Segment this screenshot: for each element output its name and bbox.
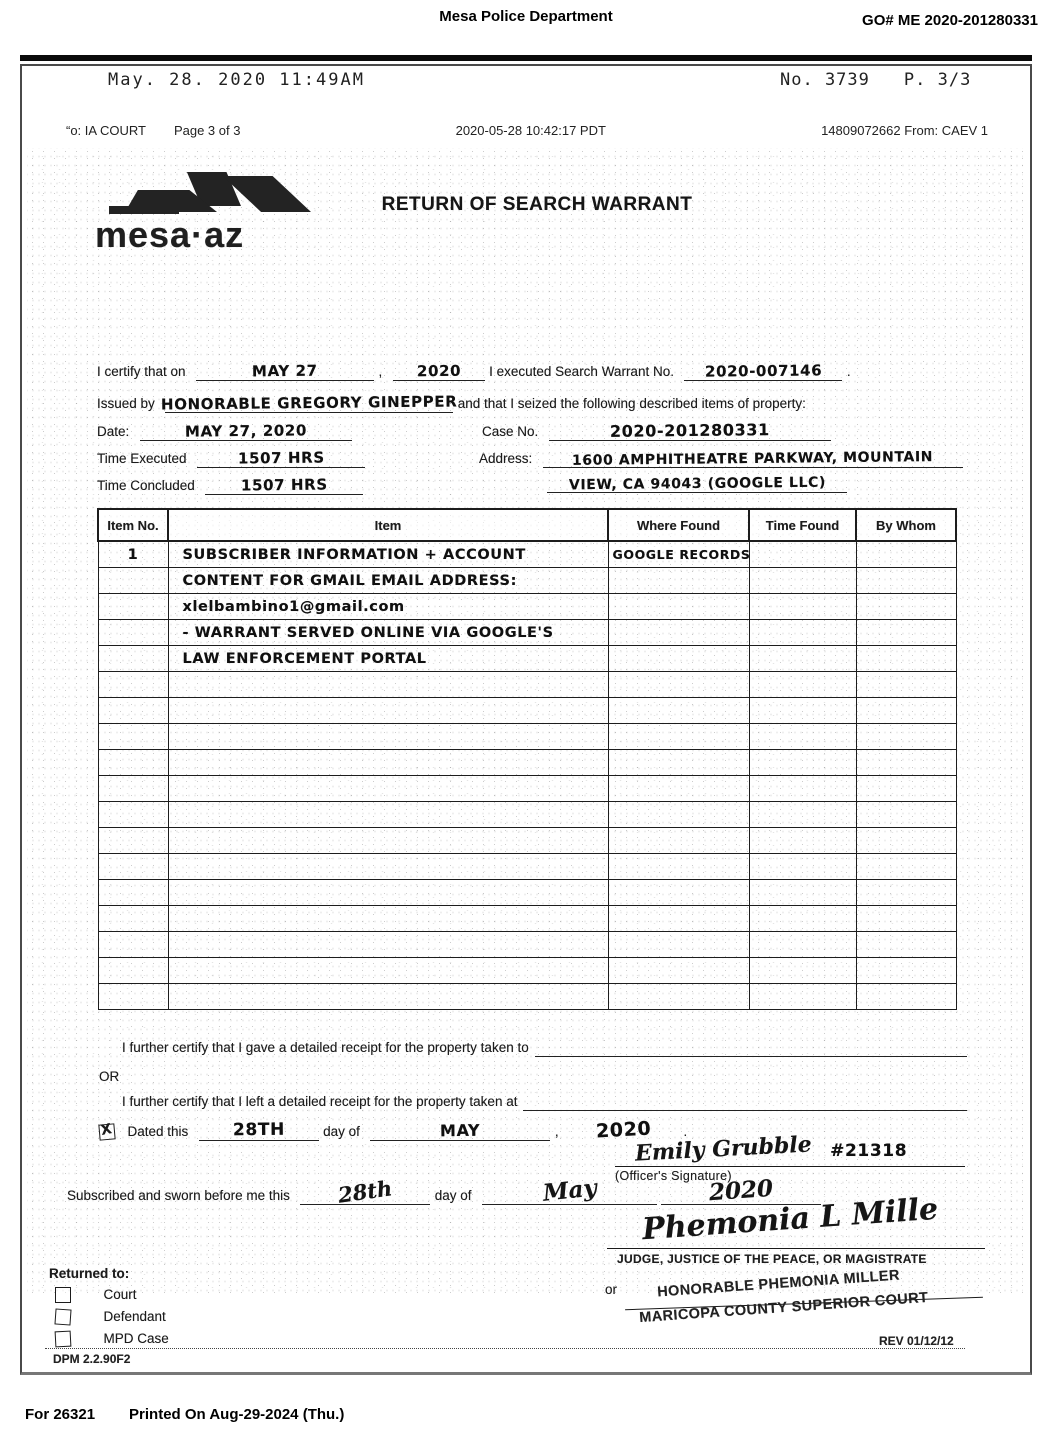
fax-number: No. 3739: [780, 70, 870, 90]
cell-item: [168, 802, 608, 828]
issued-by-post: and that I seized the following describe…: [458, 396, 806, 411]
gave-receipt-text: I further certify that I gave a detailed…: [122, 1040, 529, 1057]
issued-by-label: Issued by: [97, 396, 155, 411]
sworn-line: Subscribed and sworn before me this 28th…: [67, 1184, 821, 1205]
cell-by-whom: [856, 958, 956, 984]
cell-item-no: [98, 932, 168, 958]
cell-value: GOOGLE RECORDS: [613, 547, 750, 562]
dated-month-value: MAY: [440, 1121, 480, 1140]
bottom-divider-bar: [0, 1395, 1052, 1400]
period: .: [847, 364, 851, 379]
cell-by-whom: [856, 828, 956, 854]
scanned-page: May. 28. 2020 11:49AM No. 3739P. 3/3 “o:…: [20, 64, 1032, 1375]
document-title: RETURN OF SEARCH WARRANT: [327, 194, 747, 216]
cell-item: SUBSCRIBER INFORMATION + ACCOUNT: [168, 541, 608, 568]
fax-datetime: May. 28. 2020 11:49AM: [108, 70, 365, 90]
cell-by-whom: [856, 906, 956, 932]
cell-by-whom: [856, 646, 956, 672]
dated-pre: Dated this: [127, 1124, 188, 1139]
cell-time-found: [749, 594, 856, 620]
dated-day-value: 28TH: [233, 1120, 285, 1141]
sworn-month-value: May: [541, 1174, 597, 1206]
issued-by-blank: HONORABLE GREGORY GINEPPER: [165, 392, 453, 413]
cell-time-found: [749, 724, 856, 750]
judge-signature-label: JUDGE, JUSTICE OF THE PEACE, OR MAGISTRA…: [617, 1252, 927, 1266]
address-line: Address: 1600 AMPHITHEATRE PARKWAY, MOUN…: [479, 447, 963, 468]
cell-by-whom: [856, 594, 956, 620]
cell-item: [168, 958, 608, 984]
cell-time-found: [749, 802, 856, 828]
cell-where-found: [608, 880, 749, 906]
table-row: [98, 776, 956, 802]
time-executed-blank: 1507 HRS: [197, 447, 365, 468]
certify-line-1: I certify that on MAY 27 , 2020 I execut…: [97, 360, 857, 381]
cell-item-no: [98, 984, 168, 1010]
cell-item-no: [98, 906, 168, 932]
warrant-no-value: 2020-007146: [705, 361, 822, 380]
cell-where-found: [608, 620, 749, 646]
mesa-az-wordmark: mesa·az: [95, 214, 244, 256]
case-line: Case No. 2020-201280331: [482, 420, 831, 441]
address-blank-1: 1600 AMPHITHEATRE PARKWAY, MOUNTAIN: [543, 447, 963, 468]
cell-time-found: [749, 541, 856, 568]
comma: ,: [378, 364, 382, 379]
date-blank: MAY 27, 2020: [140, 420, 352, 441]
cell-value: CONTENT FOR GMAIL EMAIL ADDRESS:: [183, 573, 518, 589]
table-row: - WARRANT SERVED ONLINE VIA GOOGLE'S: [98, 620, 956, 646]
cell-item-no: [98, 880, 168, 906]
logo-shape: [109, 206, 179, 214]
cell-item-no: [98, 646, 168, 672]
table-row: LAW ENFORCEMENT PORTAL: [98, 646, 956, 672]
case-value: 2020-201280331: [610, 420, 770, 441]
exec-year-blank: 2020: [393, 360, 485, 381]
cell-item: xlelbambino1@gmail.com: [168, 594, 608, 620]
col-header-item-no: Item No.: [98, 509, 168, 541]
address-blank-2: VIEW, CA 94043 (GOOGLE LLC): [547, 472, 847, 493]
time-executed-line: Time Executed 1507 HRS: [97, 447, 365, 468]
officer-signature-line: [615, 1166, 965, 1167]
or-line: OR: [99, 1068, 119, 1086]
cell-where-found: [608, 698, 749, 724]
cell-time-found: [749, 646, 856, 672]
sworn-year-value: 2020: [709, 1175, 775, 1206]
fax-page: P. 3/3: [904, 70, 971, 90]
table-row: [98, 750, 956, 776]
cell-time-found: [749, 620, 856, 646]
cell-time-found: [749, 906, 856, 932]
cell-item: [168, 828, 608, 854]
cell-item-no: 1: [98, 541, 168, 568]
officer-signature-name: Emily Grubble: [634, 1131, 812, 1166]
or-label: OR: [99, 1069, 119, 1084]
fax-number-page: No. 3739P. 3/3: [780, 70, 971, 90]
bottom-dotted-line: [45, 1348, 965, 1349]
cell-item-no: [98, 594, 168, 620]
cell-time-found: [749, 880, 856, 906]
table-row: [98, 672, 956, 698]
left-receipt-line: I further certify that I left a detailed…: [122, 1094, 967, 1111]
cell-time-found: [749, 984, 856, 1010]
report-footer-right: Printed On Aug-29-2024 (Thu.): [129, 1406, 344, 1423]
dated-checkbox-checked: X: [98, 1123, 115, 1140]
cell-time-found: [749, 750, 856, 776]
table-row: xlelbambino1@gmail.com: [98, 594, 956, 620]
revision-code: REV 01/12/12: [879, 1334, 954, 1348]
cell-by-whom: [856, 698, 956, 724]
table-row: [98, 802, 956, 828]
cell-where-found: [608, 724, 749, 750]
returned-option-defendant: Defendant: [55, 1308, 166, 1326]
cell-item-no: [98, 802, 168, 828]
table-row: [98, 724, 956, 750]
cell-item-no: [98, 620, 168, 646]
table-row: 1SUBSCRIBER INFORMATION + ACCOUNTGOOGLE …: [98, 541, 956, 568]
mpd-case-label: MPD Case: [103, 1331, 168, 1346]
cell-item: [168, 776, 608, 802]
cell-time-found: [749, 568, 856, 594]
cell-by-whom: [856, 802, 956, 828]
dated-mid: day of: [323, 1124, 360, 1139]
cell-time-found: [749, 698, 856, 724]
cell-value: SUBSCRIBER INFORMATION + ACCOUNT: [183, 547, 526, 563]
certify-line-2: Issued by HONORABLE GREGORY GINEPPER and…: [97, 392, 812, 413]
report-footer: For 26321Printed On Aug-29-2024 (Thu.): [25, 1406, 344, 1423]
cell-by-whom: [856, 568, 956, 594]
cell-item: [168, 984, 608, 1010]
table-row: [98, 880, 956, 906]
table-row: [98, 828, 956, 854]
judge-signature-line: [607, 1248, 985, 1249]
cell-by-whom: [856, 776, 956, 802]
certify-line1-mid: I executed Search Warrant No.: [489, 364, 674, 379]
scanned-document-body: mesa·az RETURN OF SEARCH WARRANT I certi…: [27, 148, 1023, 1298]
date-label: Date:: [97, 424, 129, 439]
cell-where-found: [608, 958, 749, 984]
col-header-where-found: Where Found: [608, 509, 749, 541]
issued-by-value: HONORABLE GREGORY GINEPPER: [161, 392, 457, 413]
cell-where-found: [608, 906, 749, 932]
cell-item: [168, 854, 608, 880]
time-concluded-line: Time Concluded 1507 HRS: [97, 474, 363, 495]
officer-badge-number: #21318: [830, 1141, 907, 1161]
col-header-time-found: Time Found: [749, 509, 856, 541]
cell-item-no: [98, 672, 168, 698]
dated-line: X Dated this 28TH day of MAY , 2020 .: [99, 1120, 693, 1141]
cell-where-found: [608, 776, 749, 802]
date-line: Date: MAY 27, 2020: [97, 420, 352, 441]
cell-where-found: [608, 932, 749, 958]
returned-option-court: Court: [55, 1286, 136, 1304]
report-go-number: GO# ME 2020-201280331: [862, 12, 1038, 29]
dated-day-blank: 28TH: [199, 1120, 319, 1141]
form-code: DPM 2.2.90F2: [53, 1352, 130, 1366]
cell-by-whom: [856, 541, 956, 568]
cell-where-found: [608, 750, 749, 776]
col-header-by-whom: By Whom: [856, 509, 956, 541]
time-concluded-label: Time Concluded: [97, 478, 195, 493]
mpd-case-checkbox: [55, 1330, 72, 1347]
sworn-month-blank: May: [482, 1184, 657, 1205]
address-value-2: VIEW, CA 94043 (GOOGLE LLC): [568, 475, 825, 494]
cell-by-whom: [856, 984, 956, 1010]
cell-item-no: [98, 828, 168, 854]
cell-where-found: [608, 984, 749, 1010]
cell-item: LAW ENFORCEMENT PORTAL: [168, 646, 608, 672]
cell-by-whom: [856, 932, 956, 958]
cell-time-found: [749, 828, 856, 854]
dated-month-blank: MAY: [370, 1120, 550, 1141]
cell-where-found: [608, 828, 749, 854]
address-value-1: 1600 AMPHITHEATRE PARKWAY, MOUNTAIN: [572, 449, 933, 469]
comma-2: ,: [555, 1124, 559, 1139]
cell-item-no: [98, 750, 168, 776]
col-header-item: Item: [168, 509, 608, 541]
table-header-row: Item No. Item Where Found Time Found By …: [98, 509, 956, 541]
cell-item: [168, 750, 608, 776]
cell-where-found: [608, 672, 749, 698]
cell-item-no: [98, 724, 168, 750]
sworn-day-blank: 28th: [300, 1184, 430, 1205]
cell-item-no: [98, 776, 168, 802]
table-row: [98, 984, 956, 1010]
cell-item: [168, 698, 608, 724]
exec-date-blank: MAY 27: [196, 360, 374, 381]
time-executed-value: 1507 HRS: [238, 449, 325, 468]
scan-meta-row: “o: IA COURTPage 3 of 3 2020-05-28 10:42…: [66, 123, 988, 138]
defendant-label: Defendant: [103, 1309, 165, 1324]
cell-item: - WARRANT SERVED ONLINE VIA GOOGLE'S: [168, 620, 608, 646]
sworn-mid: day of: [435, 1188, 472, 1203]
returned-option-mpd-case: MPD Case: [55, 1330, 169, 1348]
case-label: Case No.: [482, 424, 538, 439]
cell-item-no: [98, 854, 168, 880]
cell-item: [168, 724, 608, 750]
left-receipt-blank: [523, 1094, 967, 1111]
cell-by-whom: [856, 724, 956, 750]
exec-year-value: 2020: [417, 362, 461, 380]
gave-receipt-line: I further certify that I gave a detailed…: [122, 1040, 967, 1057]
cell-time-found: [749, 672, 856, 698]
report-footer-left: For 26321: [25, 1406, 95, 1423]
cell-where-found: [608, 646, 749, 672]
table-row: [98, 698, 956, 724]
cell-by-whom: [856, 880, 956, 906]
scan-timestamp: 2020-05-28 10:42:17 PDT: [456, 123, 606, 138]
cell-where-found: GOOGLE RECORDS: [608, 541, 749, 568]
scan-page-count: Page 3 of 3: [174, 123, 241, 138]
scan-from: 14809072662 From: CAEV 1: [821, 123, 988, 138]
checkbox-x-mark: X: [99, 1121, 113, 1139]
cell-item-no: [98, 958, 168, 984]
warrant-no-blank: 2020-007146: [684, 360, 842, 381]
cell-value: - WARRANT SERVED ONLINE VIA GOOGLE'S: [183, 625, 554, 641]
cell-time-found: [749, 958, 856, 984]
gave-receipt-blank: [535, 1040, 967, 1057]
cell-where-found: [608, 802, 749, 828]
address-line-2: VIEW, CA 94043 (GOOGLE LLC): [547, 472, 847, 493]
table-row: [98, 906, 956, 932]
cell-by-whom: [856, 854, 956, 880]
cell-value: 1: [128, 547, 139, 563]
cell-where-found: [608, 854, 749, 880]
cell-by-whom: [856, 750, 956, 776]
address-label: Address:: [479, 451, 532, 466]
cell-value: LAW ENFORCEMENT PORTAL: [183, 651, 427, 667]
table-row: CONTENT FOR GMAIL EMAIL ADDRESS:: [98, 568, 956, 594]
exec-date-value: MAY 27: [252, 362, 318, 381]
returned-to-label: Returned to:: [49, 1266, 129, 1281]
scan-to: “o: IA COURT: [66, 123, 146, 138]
left-receipt-text: I further certify that I left a detailed…: [122, 1094, 517, 1111]
time-concluded-value: 1507 HRS: [241, 476, 328, 495]
case-blank: 2020-201280331: [549, 420, 831, 441]
certify-line1-pre: I certify that on: [97, 364, 186, 379]
cell-item: CONTENT FOR GMAIL EMAIL ADDRESS:: [168, 568, 608, 594]
sworn-pre: Subscribed and sworn before me this: [67, 1188, 290, 1203]
cell-where-found: [608, 594, 749, 620]
cell-where-found: [608, 568, 749, 594]
cell-item-no: [98, 698, 168, 724]
cell-by-whom: [856, 620, 956, 646]
cell-item: [168, 906, 608, 932]
time-concluded-blank: 1507 HRS: [205, 474, 363, 495]
cell-item: [168, 880, 608, 906]
cell-item: [168, 932, 608, 958]
officer-signature: Emily Grubble #21318: [635, 1136, 907, 1162]
cell-time-found: [749, 932, 856, 958]
sworn-day-value: 28th: [337, 1175, 394, 1207]
cell-item-no: [98, 568, 168, 594]
cell-time-found: [749, 854, 856, 880]
seized-items-table: Item No. Item Where Found Time Found By …: [97, 508, 957, 1010]
date-value: MAY 27, 2020: [185, 421, 307, 440]
table-row: [98, 932, 956, 958]
table-row: [98, 854, 956, 880]
top-divider-bar: [20, 55, 1032, 61]
cell-by-whom: [856, 672, 956, 698]
cell-value: xlelbambino1@gmail.com: [183, 599, 405, 615]
time-executed-label: Time Executed: [97, 451, 187, 466]
cell-item: [168, 672, 608, 698]
cell-time-found: [749, 776, 856, 802]
defendant-checkbox: [54, 1308, 71, 1325]
table-row: [98, 958, 956, 984]
scan-meta-to: “o: IA COURTPage 3 of 3: [66, 123, 240, 138]
